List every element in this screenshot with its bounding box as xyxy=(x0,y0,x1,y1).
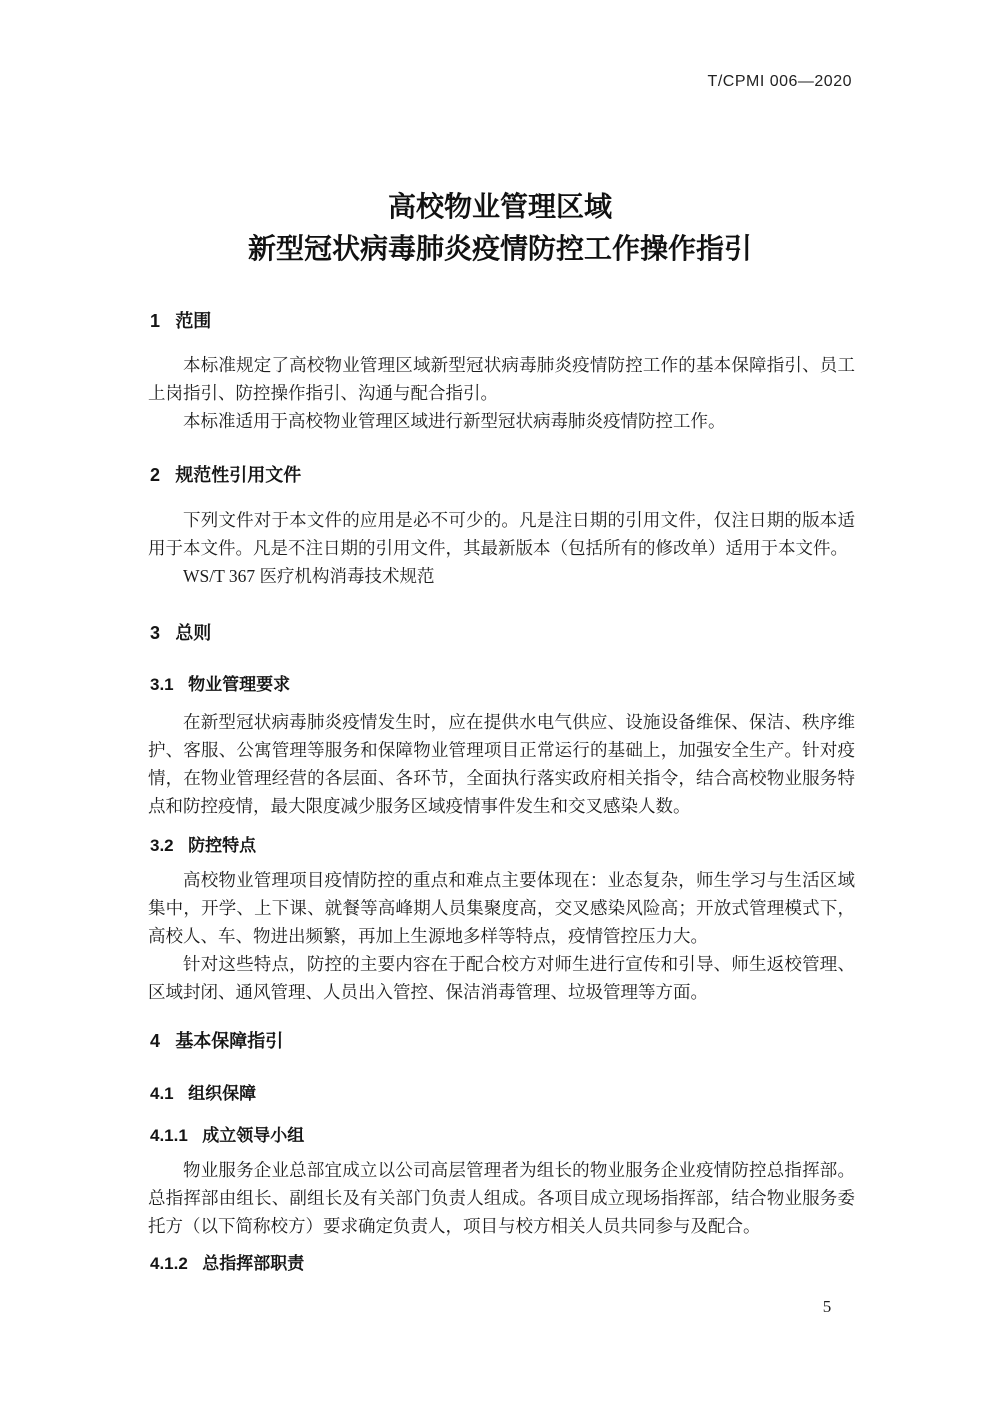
section-3-2-heading: 3.2防控特点 xyxy=(150,831,256,856)
section-3-2-paragraph-2: 针对这些特点，防控的主要内容在于配合校方对师生进行宣传和引导、师生返校管理、区域… xyxy=(148,950,855,1006)
section-3-2-number: 3.2 xyxy=(150,836,174,855)
doc-code: T/CPMI 006—2020 xyxy=(708,73,852,91)
section-3-1-heading: 3.1物业管理要求 xyxy=(150,670,290,695)
section-2-label: 规范性引用文件 xyxy=(175,465,301,485)
section-3-2-label: 防控特点 xyxy=(188,836,256,855)
section-3-number: 3 xyxy=(150,623,160,643)
section-4-label: 基本保障指引 xyxy=(175,1031,283,1051)
section-4-number: 4 xyxy=(150,1031,160,1051)
section-4-1-2-label: 总指挥部职责 xyxy=(202,1254,304,1273)
section-1-label: 范围 xyxy=(175,311,211,331)
section-4-1-2-heading: 4.1.2总指挥部职责 xyxy=(150,1249,304,1274)
section-1-paragraph-2: 本标准适用于高校物业管理区域进行新型冠状病毒肺炎疫情防控工作。 xyxy=(148,407,855,435)
section-3-label: 总则 xyxy=(175,623,211,643)
section-2-paragraph-1: 下列文件对于本文件的应用是必不可少的。凡是注日期的引用文件，仅注日期的版本适用于… xyxy=(148,506,855,562)
section-1-heading: 1范围 xyxy=(150,307,211,333)
section-2-number: 2 xyxy=(150,465,160,485)
normative-reference-item: WS/T 367 医疗机构消毒技术规范 xyxy=(148,562,855,590)
section-4-1-heading: 4.1组织保障 xyxy=(150,1079,256,1104)
section-3-1-number: 3.1 xyxy=(150,675,174,694)
title-line-2: 新型冠状病毒肺炎疫情防控工作操作指引 xyxy=(0,228,1000,270)
section-3-heading: 3总则 xyxy=(150,619,211,645)
section-3-1-label: 物业管理要求 xyxy=(188,675,290,694)
section-4-1-1-paragraph-1: 物业服务企业总部宜成立以公司高层管理者为组长的物业服务企业疫情防控总指挥部。总指… xyxy=(148,1156,855,1240)
section-1-paragraph-1: 本标准规定了高校物业管理区域新型冠状病毒肺炎疫情防控工作的基本保障指引、员工上岗… xyxy=(148,351,855,407)
section-3-1-paragraph-1: 在新型冠状病毒肺炎疫情发生时，应在提供水电气供应、设施设备维保、保洁、秩序维护、… xyxy=(148,708,855,820)
page-number: 5 xyxy=(812,1297,842,1317)
title-line-1: 高校物业管理区域 xyxy=(0,186,1000,228)
section-4-heading: 4基本保障指引 xyxy=(150,1027,283,1053)
document-title: 高校物业管理区域 新型冠状病毒肺炎疫情防控工作操作指引 xyxy=(0,186,1000,270)
section-4-1-2-number: 4.1.2 xyxy=(150,1254,188,1273)
document-page: T/CPMI 006—2020 高校物业管理区域 新型冠状病毒肺炎疫情防控工作操… xyxy=(0,0,1000,1415)
section-3-2-paragraph-1: 高校物业管理项目疫情防控的重点和难点主要体现在：业态复杂，师生学习与生活区域集中… xyxy=(148,866,855,950)
section-4-1-1-number: 4.1.1 xyxy=(150,1126,188,1145)
section-1-number: 1 xyxy=(150,311,160,331)
section-4-1-number: 4.1 xyxy=(150,1084,174,1103)
section-4-1-1-label: 成立领导小组 xyxy=(202,1126,304,1145)
section-4-1-1-heading: 4.1.1成立领导小组 xyxy=(150,1121,304,1146)
section-2-heading: 2规范性引用文件 xyxy=(150,461,301,487)
section-4-1-label: 组织保障 xyxy=(188,1084,256,1103)
